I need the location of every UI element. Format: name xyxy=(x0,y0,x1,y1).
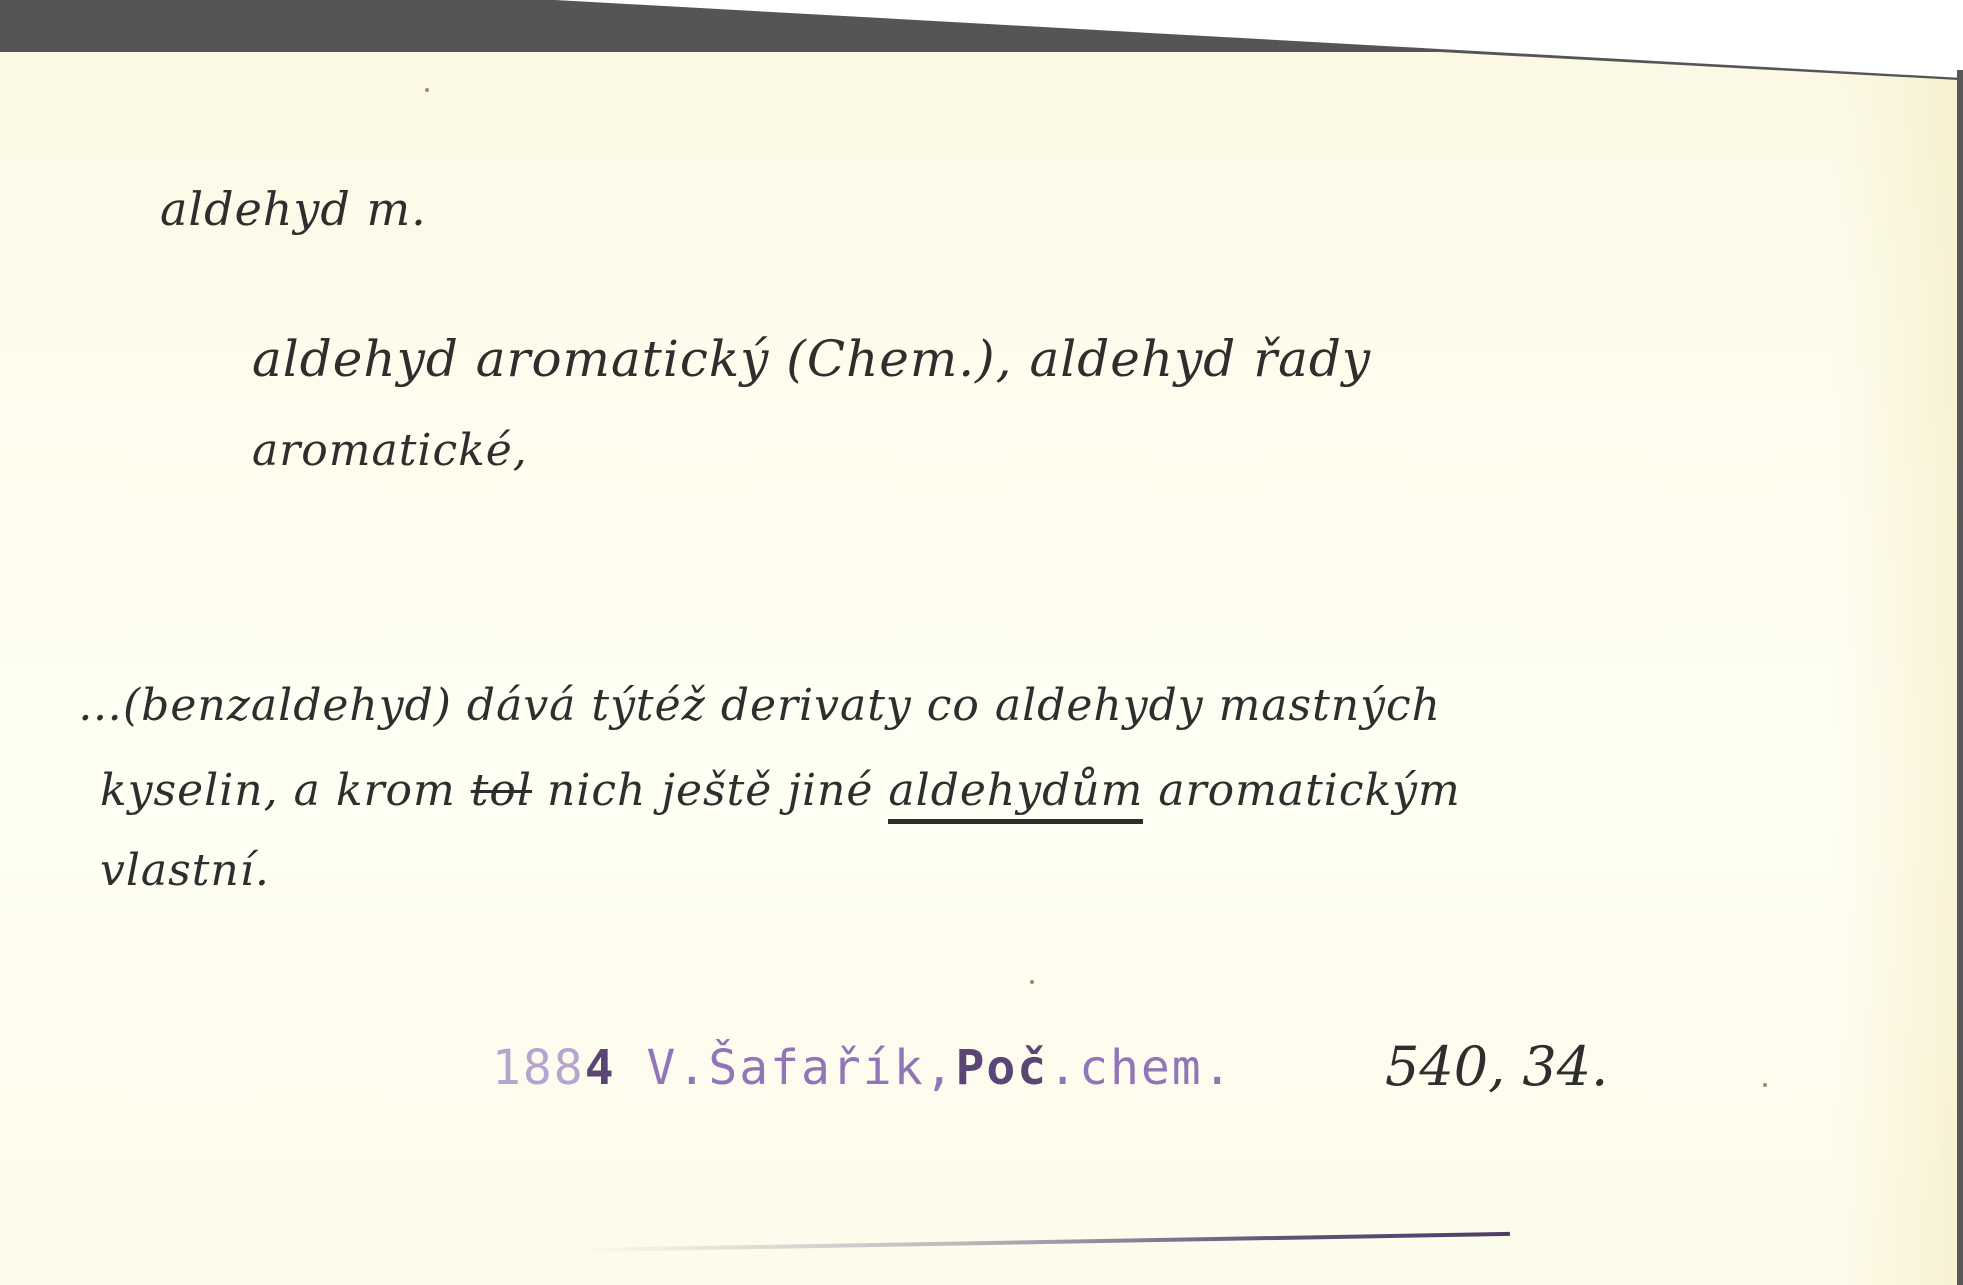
struck-out-word: tol xyxy=(471,765,532,816)
citation-text: aromatickým xyxy=(1158,765,1460,816)
citation-line-3: vlastní. xyxy=(100,845,270,896)
stamp-year-digit: 4 xyxy=(585,1040,616,1096)
stamp-title-rest: .chem. xyxy=(1048,1040,1233,1096)
scanner-border-right xyxy=(1957,70,1963,1285)
citation-line-1: …(benzaldehyd) dává týtéž derivaty co al… xyxy=(78,680,1441,731)
citation-line-2: kyselin, a krom tol nich ještě jiné alde… xyxy=(100,765,1461,824)
page-reference: 540, 34. xyxy=(1385,1035,1608,1098)
citation-text: kyselin, a krom xyxy=(100,765,456,816)
paper-speck xyxy=(425,88,429,92)
stamp-year-prefix: 188 xyxy=(492,1040,585,1096)
definition-line-1: aldehyd aromatický (Chem.), aldehyd řady xyxy=(252,330,1371,388)
stamp-author: V.Šafařík, xyxy=(647,1040,956,1096)
paper-speck xyxy=(1030,980,1034,984)
scan-frame: aldehyd m. aldehyd aromatický (Chem.), a… xyxy=(0,0,1963,1285)
citation-text: nich ještě jiné xyxy=(547,765,873,816)
source-stamp: 1884 V.Šafařík,Poč.chem. xyxy=(492,1040,1234,1096)
underlined-keyword: aldehydům xyxy=(888,769,1143,824)
headword: aldehyd m. xyxy=(160,182,427,236)
index-card xyxy=(0,52,1957,1285)
paper-speck xyxy=(1763,1083,1767,1087)
stamp-title-abbrev: Poč xyxy=(956,1040,1049,1096)
definition-line-2: aromatické, xyxy=(252,425,528,476)
